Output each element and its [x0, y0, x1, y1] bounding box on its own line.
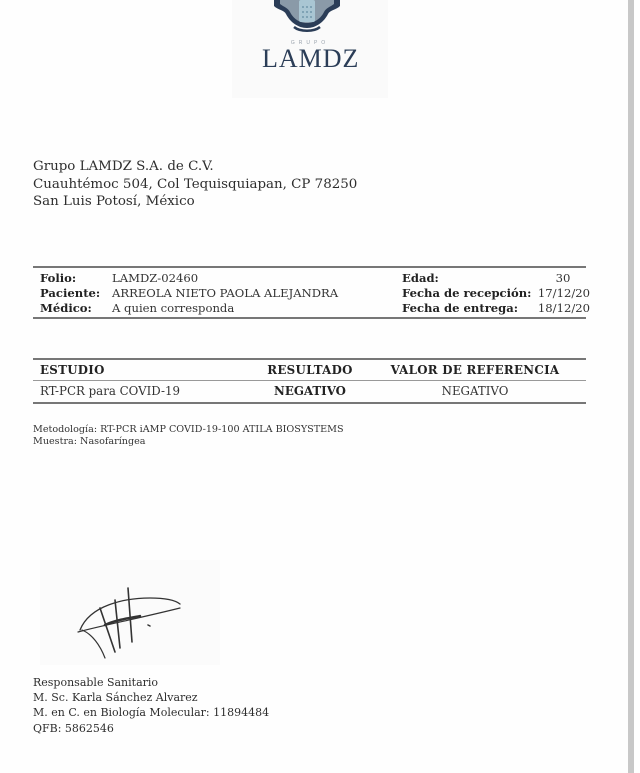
logo-brand-name: LAMDZ: [262, 44, 358, 74]
company-name: Grupo LAMDZ S.A. de C.V.: [33, 158, 357, 176]
doctor-value: A quien corresponda: [112, 301, 234, 316]
reception-date-value: 17/12/20: [530, 286, 590, 301]
test-notes: Metodología: RT-PCR iAMP COVID-19-100 AT…: [33, 424, 344, 448]
folio-label: Folio:: [40, 271, 76, 286]
signatory-qfb: QFB: 5862546: [33, 721, 269, 736]
divider: [33, 317, 586, 319]
study-name: RT-PCR para COVID-19: [40, 384, 180, 398]
age-value: 30: [538, 271, 588, 286]
divider: [33, 266, 586, 268]
page-margin: [634, 0, 640, 773]
patient-label: Paciente:: [40, 286, 100, 301]
study-result: NEGATIVO: [265, 384, 355, 398]
divider: [33, 402, 586, 404]
reception-date-label: Fecha de recepción:: [402, 286, 531, 301]
sample-note: Muestra: Nasofaríngea: [33, 436, 344, 448]
folio-value: LAMDZ-02460: [112, 271, 198, 286]
age-label: Edad:: [402, 271, 439, 286]
reference-value: NEGATIVO: [385, 384, 565, 398]
delivery-date-value: 18/12/20: [530, 301, 590, 316]
doctor-label: Médico:: [40, 301, 92, 316]
document-page: GRUPO LAMDZ Grupo LAMDZ S.A. de C.V. Cua…: [0, 0, 630, 773]
signatory-name: M. Sc. Karla Sánchez Alvarez: [33, 690, 269, 705]
signatory-block: Responsable Sanitario M. Sc. Karla Sánch…: [33, 675, 269, 736]
column-header-referencia: VALOR DE REFERENCIA: [385, 363, 565, 377]
company-city: San Luis Potosí, México: [33, 193, 357, 211]
signatory-title: Responsable Sanitario: [33, 675, 269, 690]
info-row: Folio: LAMDZ-02460 Edad: 30: [40, 271, 590, 286]
divider: [33, 358, 586, 360]
company-street: Cuauhtémoc 504, Col Tequisquiapan, CP 78…: [33, 176, 357, 194]
column-header-estudio: ESTUDIO: [40, 363, 105, 377]
signatory-credential: M. en C. en Biología Molecular: 11894484: [33, 705, 269, 720]
info-row: Médico: A quien corresponda Fecha de ent…: [40, 301, 590, 316]
patient-info: Folio: LAMDZ-02460 Edad: 30 Paciente: AR…: [40, 271, 590, 315]
info-row: Paciente: ARREOLA NIETO PAOLA ALEJANDRA …: [40, 286, 590, 301]
patient-value: ARREOLA NIETO PAOLA ALEJANDRA: [112, 286, 338, 301]
divider: [33, 380, 586, 381]
delivery-date-label: Fecha de entrega:: [402, 301, 518, 316]
crest-logo-icon: [272, 0, 342, 32]
column-header-resultado: RESULTADO: [265, 363, 355, 377]
signature-icon: [70, 570, 190, 660]
methodology-note: Metodología: RT-PCR iAMP COVID-19-100 AT…: [33, 424, 344, 436]
company-address: Grupo LAMDZ S.A. de C.V. Cuauhtémoc 504,…: [33, 158, 357, 211]
